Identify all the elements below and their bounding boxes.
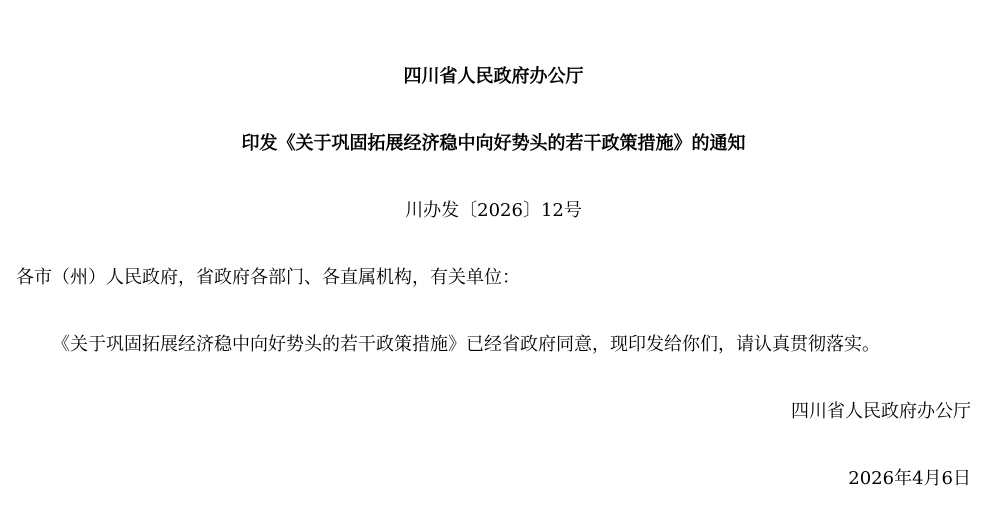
- salutation-line: 各市（州）人民政府，省政府各部门、各直属机构，有关单位：: [16, 267, 971, 289]
- signature-date: 2026年4月6日: [16, 468, 971, 490]
- document-page: 四川省人民政府办公厅 印发《关于巩固拓展经济稳中向好势头的若干政策措施》的通知 …: [0, 0, 990, 513]
- body-paragraph: 《关于巩固拓展经济稳中向好势头的若干政策措施》已经省政府同意，现印发给你们，请认…: [16, 334, 971, 356]
- document-number: 川办发〔2026〕12号: [16, 200, 971, 222]
- signature-issuer: 四川省人民政府办公厅: [16, 401, 971, 423]
- document-subject-title: 印发《关于巩固拓展经济稳中向好势头的若干政策措施》的通知: [16, 133, 971, 155]
- document-issuer-title: 四川省人民政府办公厅: [16, 66, 971, 88]
